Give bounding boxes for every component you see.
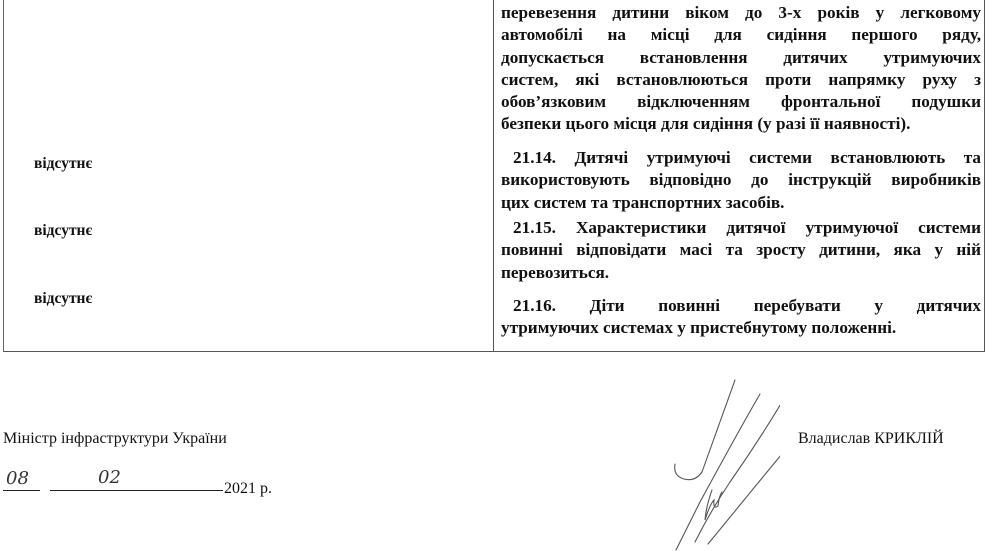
date-year: 2021 р.: [224, 480, 272, 498]
table-cell-absent: відсутнє: [34, 155, 92, 173]
table-row-21-16: 21.16. Діти повинні перебувати у дитячих…: [501, 295, 981, 340]
text-line: обов’язковим відключенням фронтальної по…: [501, 91, 981, 113]
text-line: 21.15. Характеристики дитячої утримуючої…: [501, 217, 981, 239]
text-line: цих систем та транспортних засобів.: [501, 192, 981, 214]
date-day-line: [3, 490, 40, 491]
text-line: використовують відповідно до інструкцій …: [501, 169, 981, 191]
text-line: перевезення дитини віком до 3-х років у …: [501, 2, 981, 24]
date-month-line: [50, 490, 223, 491]
table-row-21-15: 21.15. Характеристики дитячої утримуючої…: [501, 217, 981, 284]
table-row-21-14: 21.14. Дитячі утримуючі системи встановл…: [501, 147, 981, 214]
text-line: 21.16. Діти повинні перебувати у дитячих: [501, 295, 981, 317]
table-row-continuation: перевезення дитини віком до 3-х років у …: [501, 2, 981, 136]
text-line: систем, які встановлюються проти напрямк…: [501, 69, 981, 91]
text-line: повинні відповідати масі та зросту дитин…: [501, 239, 981, 261]
date-day: 08: [6, 468, 29, 489]
comparison-table: перевезення дитини віком до 3-х років у …: [3, 0, 985, 352]
text-line: утримуючих системах у пристебнутому поло…: [501, 317, 981, 339]
table-cell-absent: відсутнє: [34, 290, 92, 308]
table-cell-absent: відсутнє: [34, 222, 92, 240]
column-divider: [493, 0, 494, 351]
signatory-position: Міністр інфраструктури України: [3, 430, 227, 448]
text-line: автомобілі на місці для сидіння першого …: [501, 24, 981, 46]
date-month: 02: [98, 467, 121, 488]
text-line: перевозиться.: [501, 262, 981, 284]
text-line: безпеки цього місця для сидіння (у разі …: [501, 113, 981, 135]
text-line: 21.14. Дитячі утримуючі системи встановл…: [501, 147, 981, 169]
signatory-name: Владислав КРИКЛІЙ: [798, 430, 944, 448]
handwritten-signature-icon: [640, 372, 780, 551]
text-line: допускається встановлення дитячих утриму…: [501, 47, 981, 69]
